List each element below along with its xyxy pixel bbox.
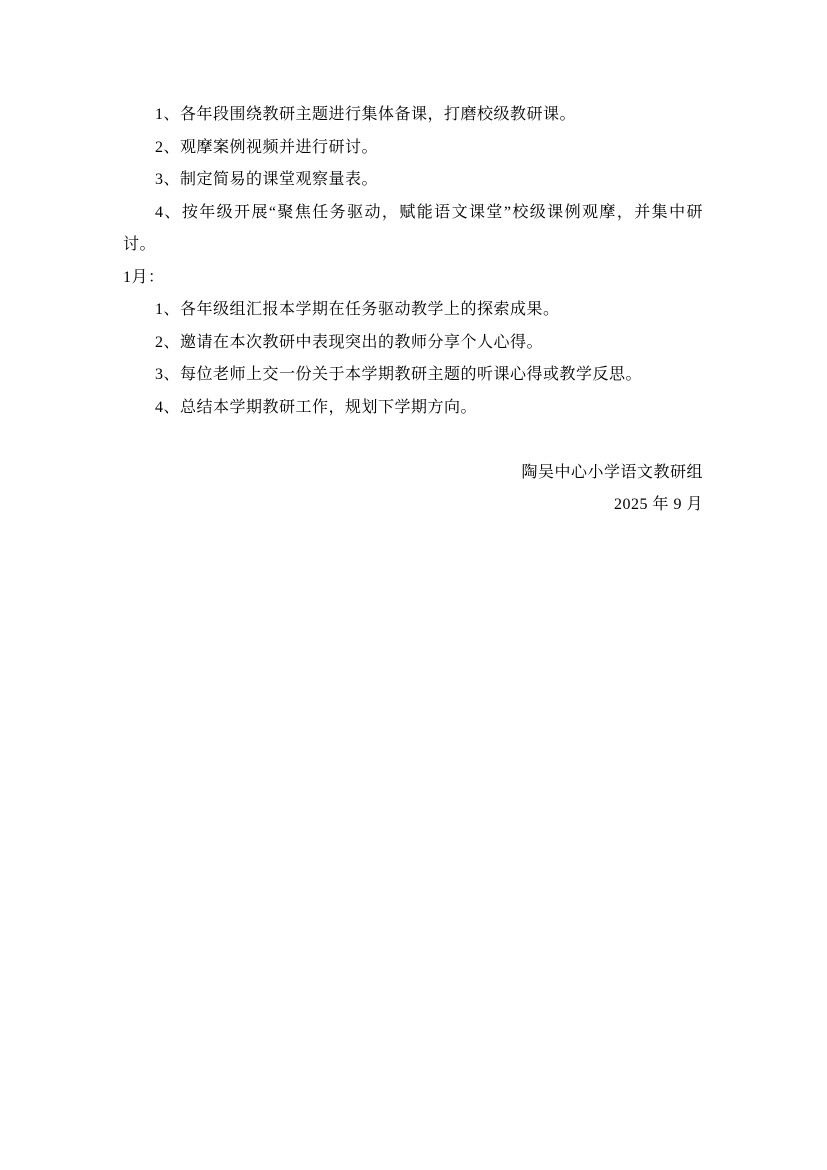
list-item: 2、邀请在本次教研中表现突出的教师分享个人心得。 bbox=[123, 327, 703, 360]
list-item: 1、各年段围绕教研主题进行集体备课，打磨校级教研课。 bbox=[123, 99, 703, 132]
list-item: 2、观摩案例视频并进行研讨。 bbox=[123, 132, 703, 165]
list-item: 1、各年级组汇报本学期在任务驱动教学上的探索成果。 bbox=[123, 294, 703, 327]
list-item: 4、按年级开展“聚焦任务驱动，赋能语文课堂”校级课例观摩，并集中研讨。 bbox=[123, 197, 703, 262]
signature-org: 陶吴中心小学语文教研组 bbox=[123, 457, 703, 490]
blank-line bbox=[123, 424, 703, 457]
document-content: 1、各年段围绕教研主题进行集体备课，打磨校级教研课。 2、观摩案例视频并进行研讨… bbox=[123, 99, 703, 522]
list-item: 3、制定简易的课堂观察量表。 bbox=[123, 164, 703, 197]
list-item: 4、总结本学期教研工作，规划下学期方向。 bbox=[123, 392, 703, 425]
document-page: 1、各年段围绕教研主题进行集体备课，打磨校级教研课。 2、观摩案例视频并进行研讨… bbox=[0, 0, 827, 1170]
list-item: 3、每位老师上交一份关于本学期教研主题的听课心得或教学反思。 bbox=[123, 359, 703, 392]
month-heading: 1月： bbox=[123, 262, 703, 295]
signature-date: 2025 年 9 月 bbox=[123, 489, 703, 522]
